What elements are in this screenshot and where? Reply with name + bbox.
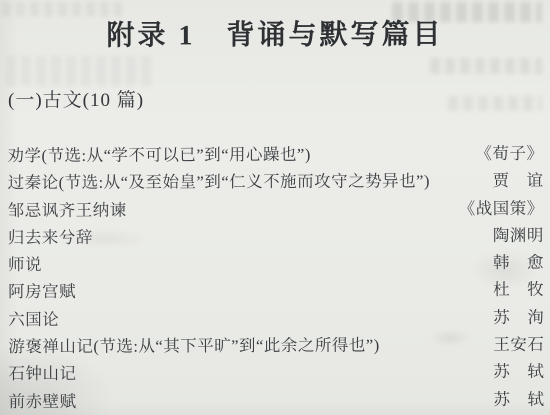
work-author: 贾 谊 bbox=[479, 167, 544, 191]
work-title: 石钟山记 bbox=[8, 360, 76, 384]
work-title: 阿房宫赋 bbox=[8, 278, 76, 302]
list-item: 阿房宫赋 杜 牧 bbox=[8, 276, 544, 306]
bleed-through-artifact bbox=[6, 56, 156, 86]
work-author: 王安石 bbox=[479, 331, 544, 355]
list-item: 六国论 苏 洵 bbox=[8, 304, 544, 334]
list-item: 师说 韩 愈 bbox=[8, 249, 544, 279]
work-title: 归去来兮辞 bbox=[8, 224, 93, 248]
list-item: 石钟山记 苏 轼 bbox=[8, 358, 544, 388]
bleed-through-artifact bbox=[448, 96, 542, 111]
list-item: 归去来兮辞 陶渊明 bbox=[8, 222, 544, 252]
work-author: 杜 牧 bbox=[479, 276, 544, 300]
section-heading: (一)古文(10 篇) bbox=[8, 85, 144, 112]
work-author: 《荀子》 bbox=[461, 140, 543, 164]
work-title: 劝学(节选:从“学不可以已”到“用心躁也”) bbox=[7, 141, 310, 166]
work-author: 陶渊明 bbox=[479, 222, 544, 246]
list-item: 游褒禅山记(节选:从“其下平旷”到“此余之所得也”) 王安石 bbox=[8, 331, 544, 361]
work-author: 韩 愈 bbox=[479, 249, 544, 273]
page-title: 附录 1 背诵与默写篇目 bbox=[0, 12, 550, 54]
work-list: 劝学(节选:从“学不可以已”到“用心躁也”) 《荀子》 过秦论(节选:从“及至始… bbox=[7, 140, 544, 415]
work-title: 前赤壁赋 bbox=[8, 388, 76, 412]
work-title: 六国论 bbox=[8, 306, 59, 330]
work-author: 苏 轼 bbox=[479, 358, 544, 382]
work-author: 《战国策》 bbox=[445, 194, 544, 218]
work-title: 师说 bbox=[8, 251, 42, 275]
work-title: 过秦论(节选:从“及至始皇”到“仁义不施而攻守之势异也”) bbox=[8, 168, 430, 194]
list-item: 过秦论(节选:从“及至始皇”到“仁义不施而攻守之势异也”) 贾 谊 bbox=[8, 167, 544, 197]
document-page: 附录 1 背诵与默写篇目 (一)古文(10 篇) 劝学(节选:从“学不可以已”到… bbox=[0, 0, 550, 415]
work-author: 苏 轼 bbox=[479, 386, 544, 410]
list-item: 前赤壁赋 苏 轼 bbox=[8, 386, 544, 415]
bleed-through-artifact bbox=[430, 58, 542, 74]
work-author: 苏 洵 bbox=[479, 304, 544, 328]
work-title: 游褒禅山记(节选:从“其下平旷”到“此余之所得也”) bbox=[8, 332, 379, 358]
work-title: 邹忌讽齐王纳谏 bbox=[8, 196, 127, 221]
list-item: 劝学(节选:从“学不可以已”到“用心躁也”) 《荀子》 bbox=[7, 140, 543, 170]
list-item: 邹忌讽齐王纳谏 《战国策》 bbox=[8, 194, 544, 224]
